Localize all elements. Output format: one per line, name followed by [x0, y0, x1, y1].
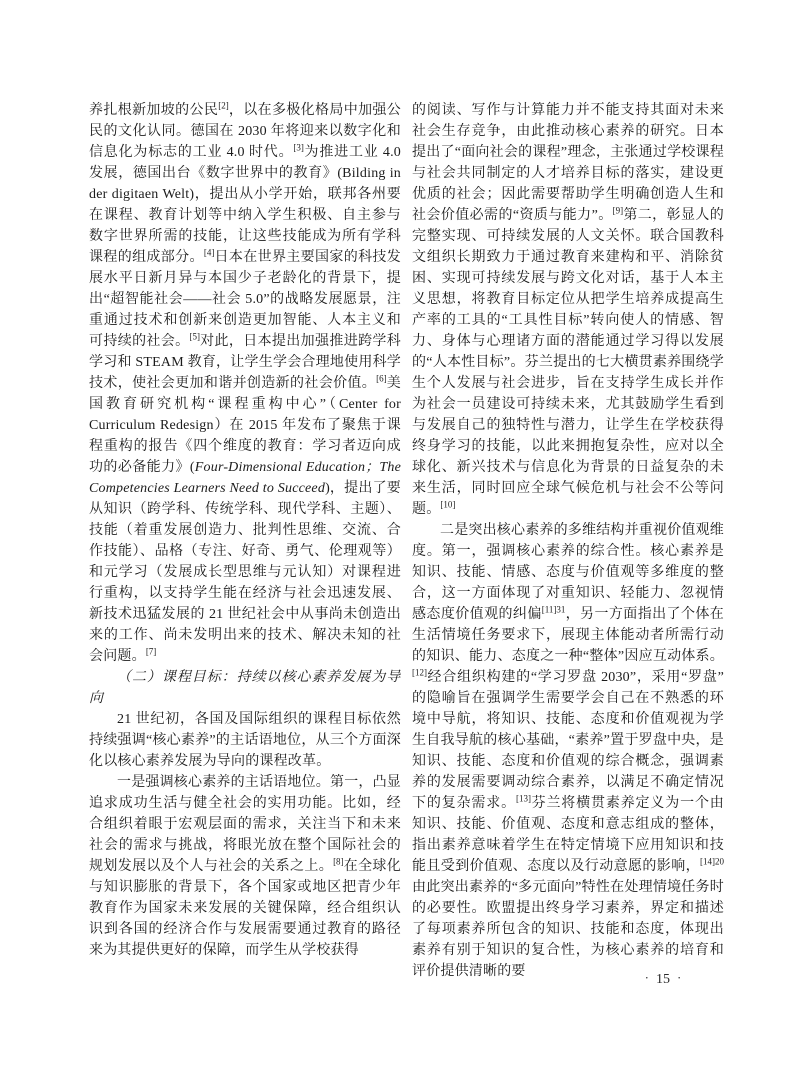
- paper-page: 养扎根新加坡的公民[2]，以在多极化格局中加强公民的文化认同。德国在 2030 …: [0, 0, 800, 1077]
- footnote-reference: [5]: [190, 331, 201, 341]
- footnote-reference: [10]: [440, 499, 455, 509]
- body-text: 为推进工业 4.0 发展，德国出台《数字世界中的教育》(Bilding in d…: [89, 145, 401, 265]
- body-text: )，提出了要从知识（跨学科、传统学科、现代学科、主题）、技能（着重发展创造力、批…: [89, 481, 401, 664]
- footnote-reference: [12]: [412, 667, 427, 677]
- paragraph: 二是突出核心素养的多维结构并重视价值观维度。第一，强调核心素养的综合性。核心素养…: [412, 520, 724, 982]
- footnote-reference: [7]: [146, 646, 157, 656]
- left-column: 养扎根新加坡的公民[2]，以在多极化格局中加强公民的文化认同。德国在 2030 …: [89, 100, 401, 961]
- paragraph: 一是强调核心素养的主话语地位。第一，凸显追求成功生活与健全社会的实用功能。比如，…: [89, 772, 401, 961]
- footnote-reference: [9]: [613, 205, 624, 215]
- footnote-reference: [4]: [204, 247, 215, 257]
- body-text: 养扎根新加坡的公民: [89, 103, 218, 118]
- body-text: （二）课程目标：持续以核心素养发展为导向: [89, 670, 401, 706]
- footnote-reference: [14]20: [700, 856, 724, 866]
- footnote-reference: [6]: [376, 373, 387, 383]
- section-heading: （二）课程目标：持续以核心素养发展为导向: [89, 667, 401, 709]
- paragraph: 养扎根新加坡的公民[2]，以在多极化格局中加强公民的文化认同。德国在 2030 …: [89, 100, 401, 667]
- page-number: ·15·: [596, 971, 730, 988]
- body-text: 第二，彰显人的完整实现、可持续发展的人文关怀。联合国教科文组织长期致力于通过教育…: [412, 208, 724, 517]
- footnote-reference: [13]: [516, 793, 531, 803]
- footnote-reference: [3]: [293, 142, 304, 152]
- body-text: 由此突出素养的“多元面向”特性在处理情境任务时的必要性。欧盟提出终身学习素养，界…: [412, 880, 724, 979]
- body-text: 21 世纪初，各国及国际组织的课程目标依然持续强调“核心素养”的主话语地位，从三…: [89, 712, 401, 769]
- right-column: 的阅读、写作与计算能力并不能支持其面对未来社会生存竞争，由此推动核心素养的研究。…: [412, 100, 724, 982]
- paragraph: 的阅读、写作与计算能力并不能支持其面对未来社会生存竞争，由此推动核心素养的研究。…: [412, 100, 724, 520]
- footnote-reference: [11]31: [542, 604, 566, 614]
- body-text: 经合组织构建的“学习罗盘 2030”，采用“罗盘”的隐喻旨在强调学生需要学会自己…: [412, 670, 724, 811]
- footnote-reference: [2]: [218, 100, 229, 110]
- page-number-dot-right: ·: [677, 970, 681, 985]
- footnote-reference: [8]: [333, 856, 344, 866]
- page-number-value: 15: [656, 972, 670, 987]
- page-number-dot-left: ·: [645, 970, 649, 985]
- paragraph: 21 世纪初，各国及国际组织的课程目标依然持续强调“核心素养”的主话语地位，从三…: [89, 709, 401, 772]
- body-text: 的阅读、写作与计算能力并不能支持其面对未来社会生存竞争，由此推动核心素养的研究。…: [412, 103, 724, 223]
